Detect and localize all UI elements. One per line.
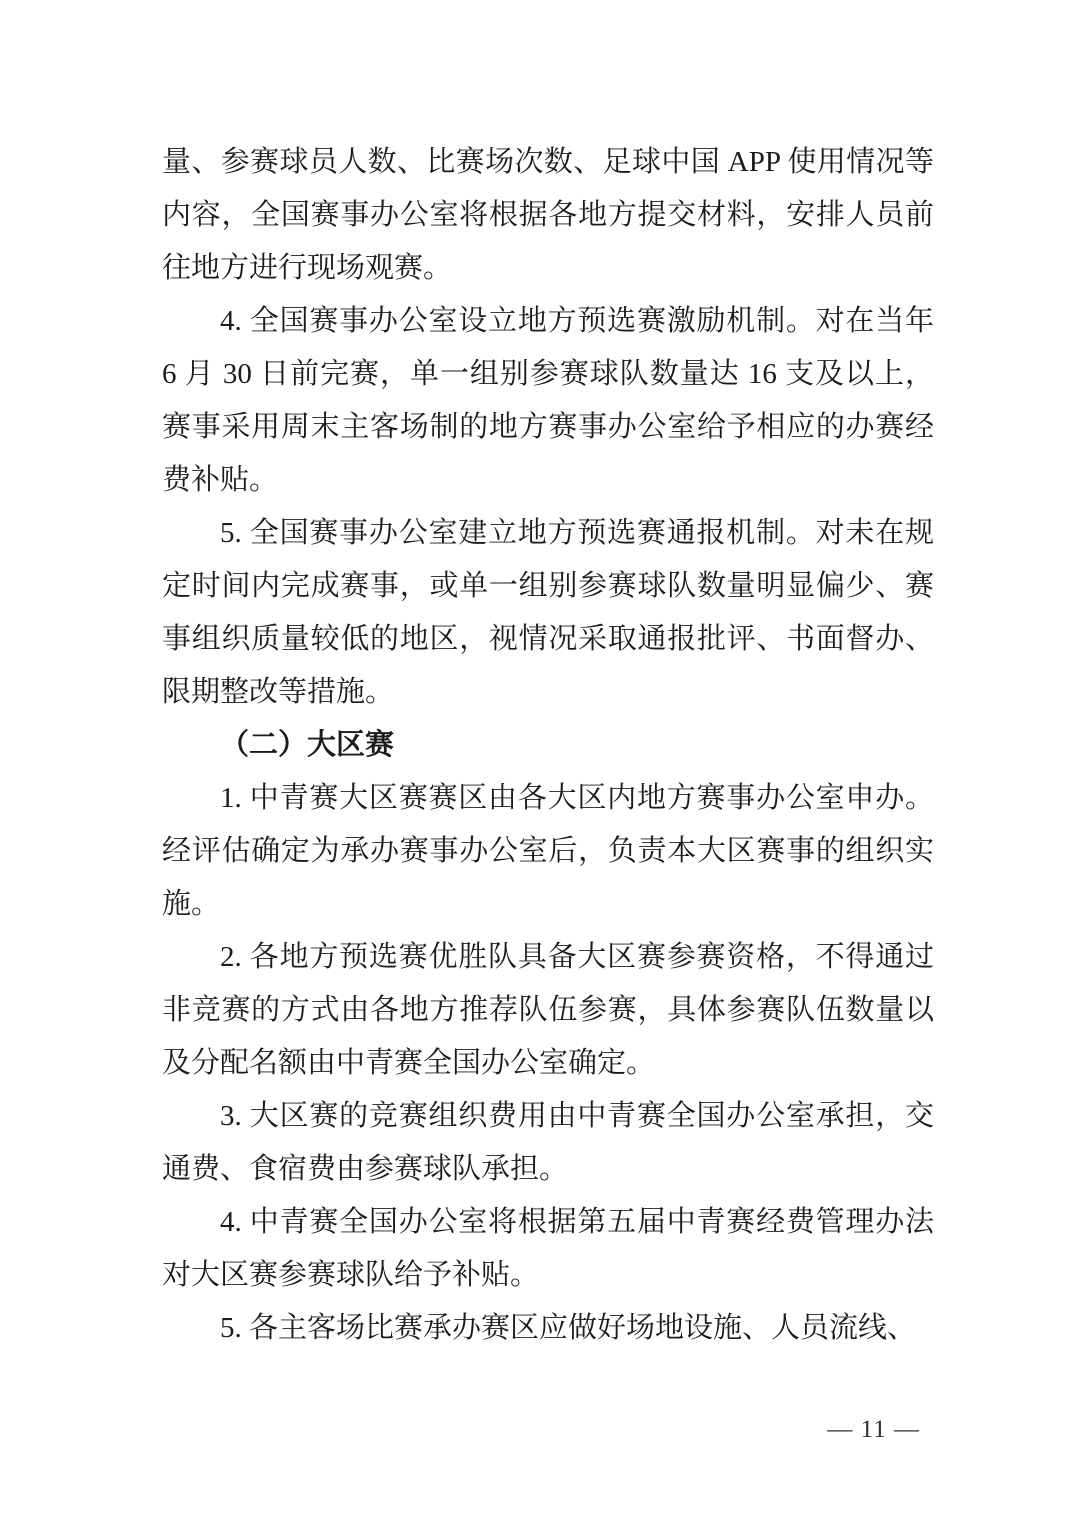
paragraph: 1. 中青赛大区赛赛区由各大区内地方赛事办公室申办。经评估确定为承办赛事办公室后… [162, 772, 934, 931]
section-heading: （二）大区赛 [162, 719, 934, 772]
paragraph: 4. 全国赛事办公室设立地方预选赛激励机制。对在当年 6 月 30 日前完赛，单… [162, 295, 934, 507]
paragraph: 5. 全国赛事办公室建立地方预选赛通报机制。对未在规定时间内完成赛事，或单一组别… [162, 507, 934, 719]
paragraph: 4. 中青赛全国办公室将根据第五届中青赛经费管理办法对大区赛参赛球队给予补贴。 [162, 1196, 934, 1302]
document-body: 量、参赛球员人数、比赛场次数、足球中国 APP 使用情况等内容，全国赛事办公室将… [162, 136, 934, 1355]
paragraph: 2. 各地方预选赛优胜队具备大区赛参赛资格，不得通过非竞赛的方式由各地方推荐队伍… [162, 931, 934, 1090]
paragraph: 量、参赛球员人数、比赛场次数、足球中国 APP 使用情况等内容，全国赛事办公室将… [162, 136, 934, 295]
paragraph: 3. 大区赛的竞赛组织费用由中青赛全国办公室承担，交通费、食宿费由参赛球队承担。 [162, 1090, 934, 1196]
document-page: 量、参赛球员人数、比赛场次数、足球中国 APP 使用情况等内容，全国赛事办公室将… [0, 0, 1080, 1527]
page-footer: — 11 — [827, 1415, 920, 1445]
page-number: — 11 — [827, 1416, 920, 1443]
paragraph: 5. 各主客场比赛承办赛区应做好场地设施、人员流线、 [162, 1302, 934, 1355]
